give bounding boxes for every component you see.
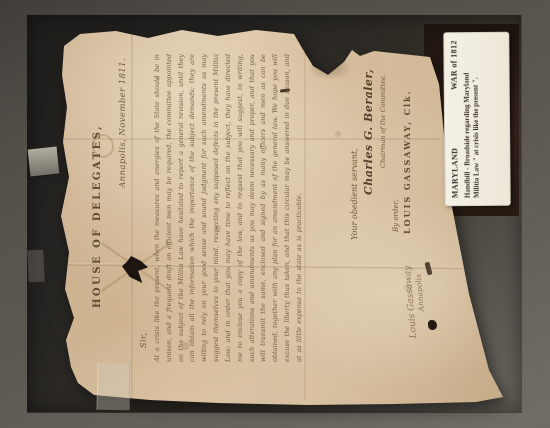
document-shadow: HOUSE OF DELEGATES, Annapolis, November … [56,26,508,406]
photo-frame: HOUSE OF DELEGATES, Annapolis, November … [0,0,550,428]
broadside-document: HOUSE OF DELEGATES, Annapolis, November … [56,26,508,406]
label-description-line2: Militia Law " at crisis like the present… [472,40,483,198]
tape-fragment-left-lower [27,250,45,283]
masthead: HOUSE OF DELEGATES, [92,32,103,400]
handwritten-address: Louis Gassaway Annapolis [403,264,428,338]
tape-fragment-bottom [97,363,131,411]
label-region: MARYLAND [450,148,459,199]
clerk-name: LOUIS GASSAWAY, Clk. [402,90,412,234]
label-description: Handbill - Broadside regarding Maryland … [462,40,482,198]
body-paragraph: At a crisis like the present, when the m… [152,54,306,362]
collector-label: MARYLAND WAR of 1812 Handbill - Broadsid… [443,32,511,207]
complimentary-close: Your obedient servant, [350,148,359,240]
label-period: WAR of 1812 [449,40,458,90]
label-header-row: MARYLAND WAR of 1812 [449,40,459,198]
dateline: Annapolis, November 1811. [118,58,128,188]
signature-title: Chairman of the Committee. [379,74,387,168]
letter-content: HOUSE OF DELEGATES, Annapolis, November … [62,32,454,400]
salutation: Sir, [139,332,148,348]
tape-fragment-left-upper [28,147,60,177]
by-order-line: By order, [392,200,400,232]
signature: Charles G. Beraler, [362,69,375,195]
